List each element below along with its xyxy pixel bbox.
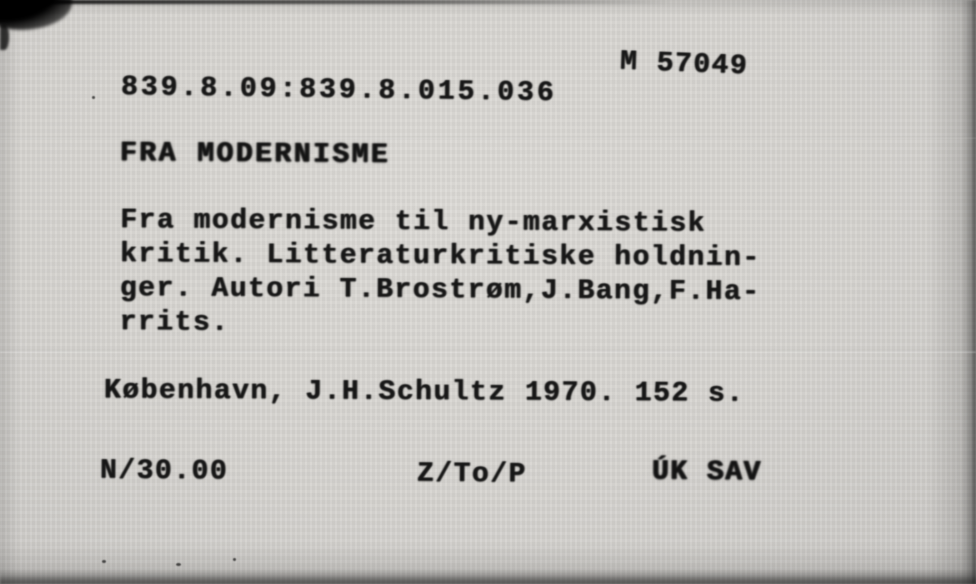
price-code: N/30.00	[100, 455, 228, 490]
processing-code: Z/To/P	[417, 458, 527, 493]
scan-speck	[92, 96, 95, 99]
scan-corner-mark	[0, 0, 72, 30]
library-code-stamp: ÚK SAV	[652, 456, 762, 491]
title-line: ger. Autori T.Brostrøm,J.Bang,F.Ha-	[120, 272, 761, 310]
title-line: Fra modernisme til ny-marxistisk	[120, 204, 761, 242]
scan-top-edge-mark	[0, 0, 670, 4]
scan-speck	[233, 558, 236, 561]
scan-speck	[176, 563, 181, 566]
title-line: kritik. Litteraturkritiske holdnin-	[120, 238, 761, 276]
catalog-card-scan: M 57049 839.8.09:839.8.015.036 FRA MODER…	[0, 0, 976, 584]
title-line: rrits.	[120, 306, 761, 344]
scan-left-edge-mark	[0, 24, 9, 50]
call-number: 839.8.09:839.8.015.036	[121, 71, 557, 111]
scan-right-edge-shadow	[962, 0, 976, 584]
accession-number: M 57049	[619, 46, 748, 85]
scan-speck	[102, 560, 106, 563]
scan-bottom-edge-shadow	[0, 572, 976, 584]
title-statement-block: Fra modernisme til ny-marxistisk kritik.…	[120, 204, 761, 344]
card-crease-line	[0, 350, 976, 353]
heading-main-entry: FRA MODERNISME	[120, 137, 390, 173]
imprint-line: København, J.H.Schultz 1970. 152 s.	[104, 374, 745, 411]
